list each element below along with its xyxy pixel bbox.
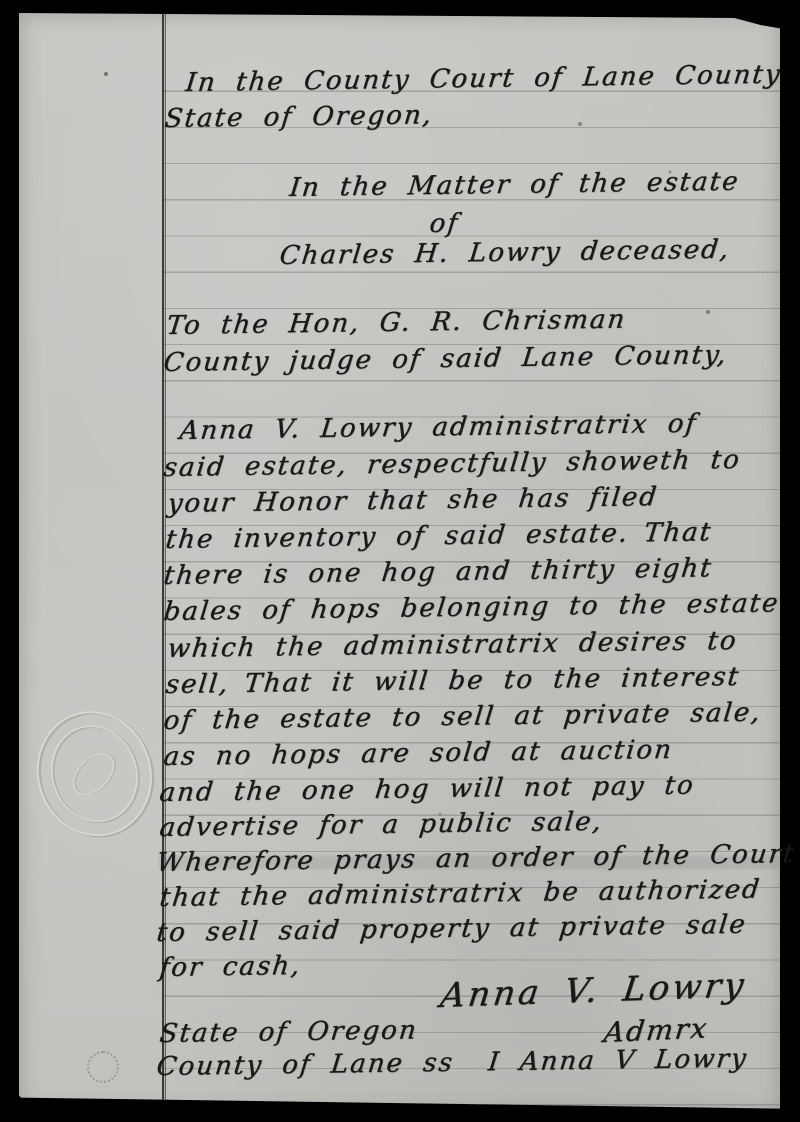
body-line-4: the inventory of said estate. That bbox=[164, 517, 714, 555]
body-line-14: that the administratrix be authorized bbox=[158, 875, 762, 913]
signature-name: Anna V. Lowry bbox=[438, 965, 749, 1016]
body-line-7: which the administratrix desires to bbox=[166, 626, 739, 664]
body-line-5: there is one hog and thirty eight bbox=[162, 553, 714, 591]
scan-background: { "document": { "heading": { "line1": "I… bbox=[0, 0, 800, 1122]
body-line-1: Anna V. Lowry administratrix of bbox=[178, 409, 699, 446]
body-line-9: of the estate to sell at private sale, bbox=[162, 698, 763, 736]
signature-title: Admrx bbox=[602, 1012, 710, 1049]
caption-line-1: In the Matter of the estate bbox=[288, 167, 741, 203]
body-line-3: your Honor that she has filed bbox=[166, 482, 660, 519]
jurat-line-2: County of Lane ss I Anna V Lowry bbox=[155, 1044, 749, 1082]
body-line-13: Wherefore prays an order of the Court bbox=[155, 839, 797, 878]
caption-line-2: of bbox=[428, 209, 461, 239]
body-line-2: said estate, respectfully showeth to bbox=[162, 445, 742, 483]
body-line-8: sell, That it will be to the interest bbox=[164, 662, 742, 700]
body-line-6: bales of hops belonging to the estate bbox=[162, 588, 781, 627]
handwriting-layer: In the County Court of Lane County State… bbox=[0, 0, 800, 1122]
body-line-11: and the one hog will not pay to bbox=[158, 771, 696, 808]
body-line-16: for cash, bbox=[158, 951, 303, 983]
salutation-line-2: County judge of said Lane County, bbox=[162, 340, 729, 378]
body-line-10: as no hops are sold at auction bbox=[162, 735, 674, 772]
court-heading-line-2: State of Oregon, bbox=[163, 100, 435, 134]
body-line-15: to sell said property at private sale bbox=[155, 910, 748, 948]
body-line-12: advertise for a public sale, bbox=[158, 807, 604, 843]
caption-line-3: Charles H. Lowry deceased, bbox=[278, 235, 732, 271]
salutation-line-1: To the Hon, G. R. Chrisman bbox=[165, 305, 628, 341]
court-heading-line-1: In the County Court of Lane County bbox=[184, 60, 783, 98]
jurat-line-1: State of Oregon bbox=[158, 1015, 419, 1049]
